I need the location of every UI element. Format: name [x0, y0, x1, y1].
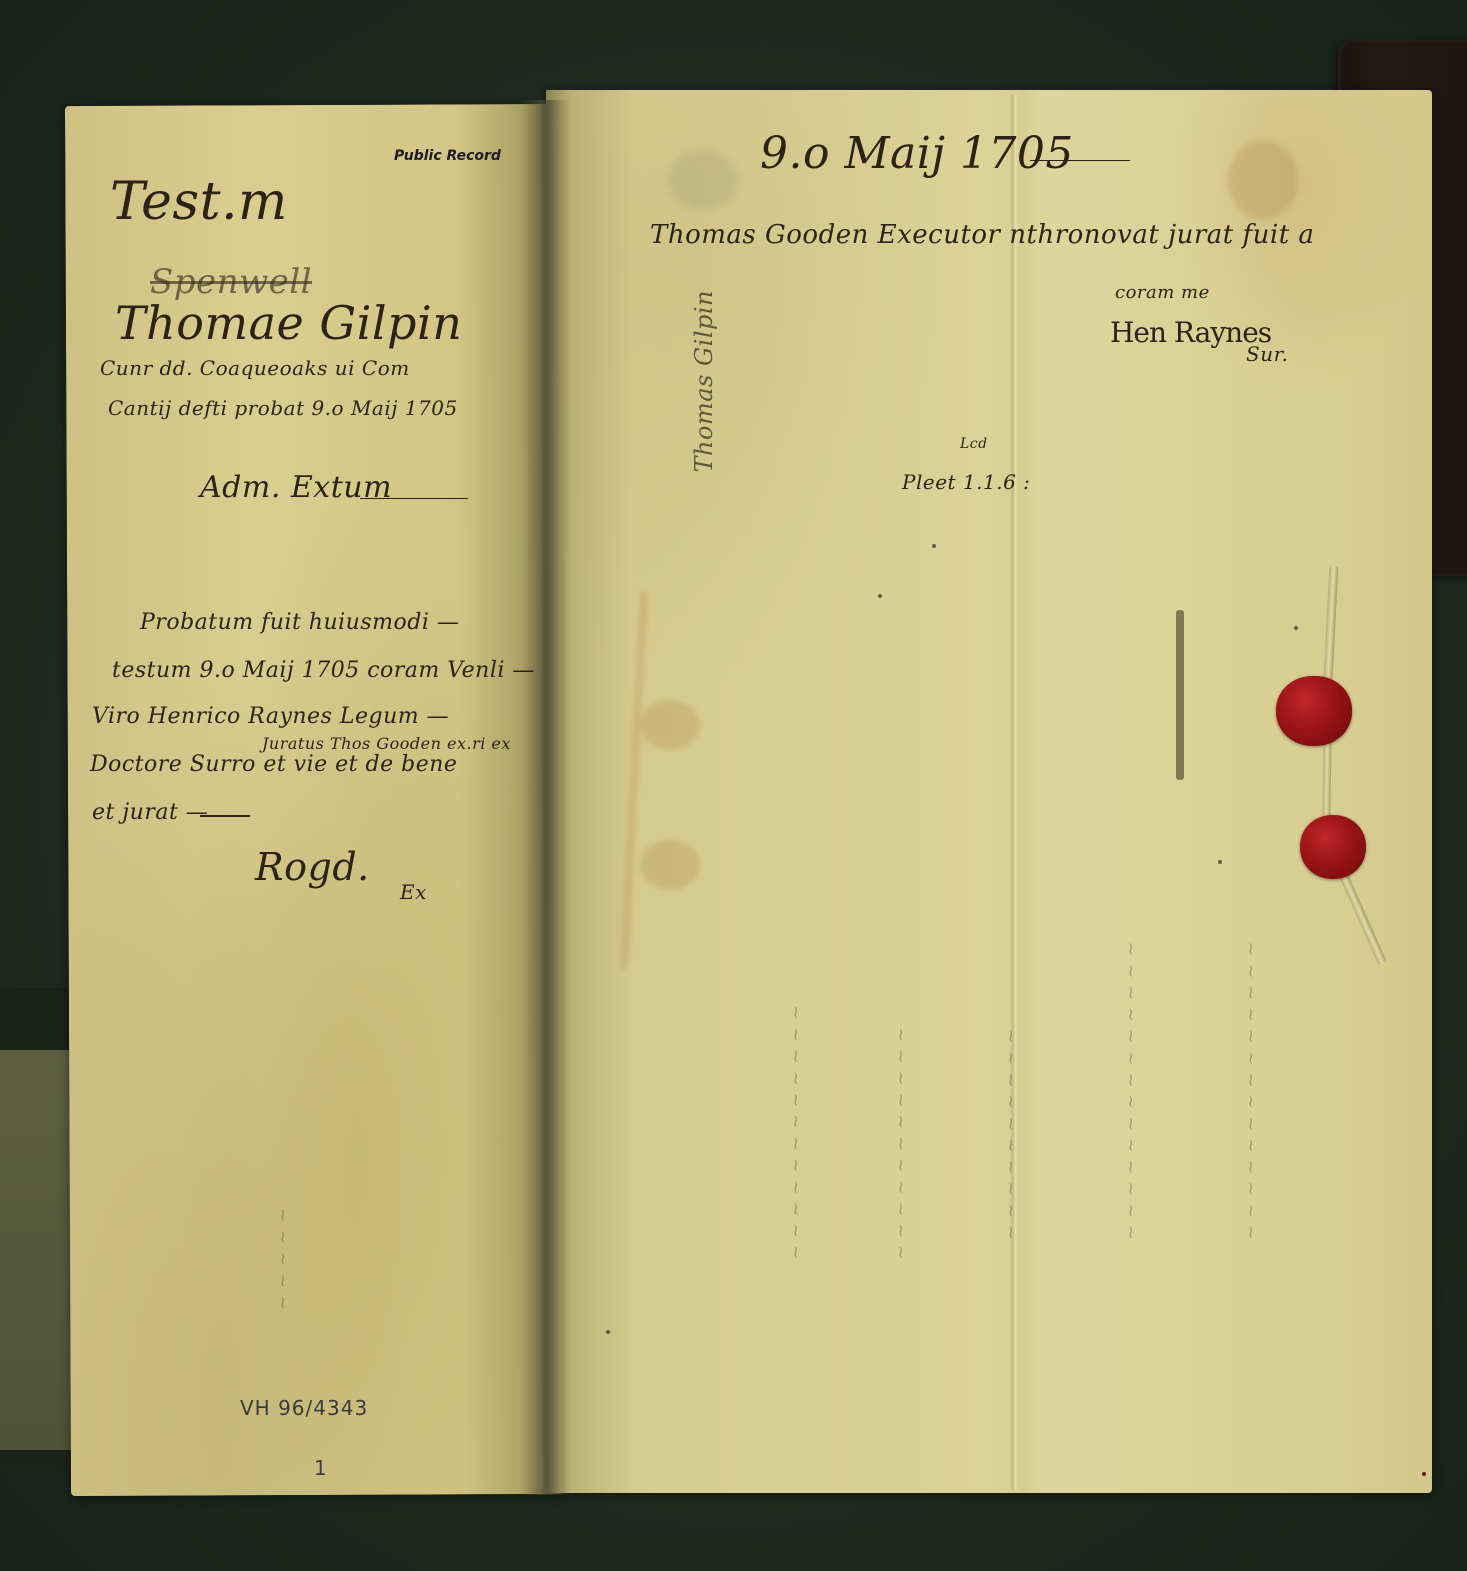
ink-speck	[932, 544, 936, 548]
ink-speck	[1294, 626, 1298, 630]
flourish-line	[200, 815, 250, 817]
bleed-through-text: ~ ~ ~ ~ ~ ~ ~ ~ ~ ~ ~ ~ ~ ~	[1120, 380, 1141, 1240]
heading-abbrev: Test.m	[110, 172, 288, 232]
bleed-through-text: ~ ~ ~ ~ ~ ~ ~ ~ ~ ~ ~	[890, 620, 911, 1260]
stain	[640, 840, 700, 890]
probate-line-2: testum 9.o Maij 1705 coram Venli —	[112, 658, 535, 683]
ink-speck	[1422, 1472, 1426, 1476]
bleed-through-text: ~ ~ ~ ~ ~ ~ ~ ~ ~ ~	[1000, 640, 1021, 1240]
executor-line: Thomas Gooden Executor nthronovat jurat …	[650, 220, 1314, 250]
probate-line-4: Juratus Thos Gooden ex.ri ex	[262, 734, 511, 753]
wax-seal-upper	[1276, 676, 1352, 746]
bleed-through-text: ~ ~ ~ ~ ~	[272, 1070, 293, 1310]
signature-suffix: Sur.	[1246, 342, 1288, 366]
ink-speck	[606, 1330, 610, 1334]
coram-line: coram me	[1115, 282, 1210, 303]
bleed-through-text: ~ ~ ~ ~ ~ ~ ~ ~ ~ ~ ~ ~ ~ ~	[1240, 400, 1261, 1240]
probate-line-3: Viro Henrico Raynes Legum —	[92, 704, 449, 729]
folio-number: 1	[314, 1456, 328, 1480]
fee-note-superscript: Lcd	[960, 436, 988, 452]
flourish-line	[1030, 160, 1130, 161]
stain	[668, 150, 738, 210]
left-line-3: Adm. Extum	[200, 470, 392, 505]
public-record-stamp: Public Record	[394, 148, 501, 164]
probate-line-5: Doctore Surro et vie et de bene	[90, 752, 457, 777]
vertical-note: Thomas Gilpin	[690, 290, 718, 472]
probate-line-6: et jurat —	[92, 800, 208, 825]
ink-stroke	[1176, 610, 1184, 780]
ink-speck	[878, 594, 882, 598]
fee-note: Pleet 1.1.6 :	[902, 470, 1030, 494]
right-page	[546, 90, 1432, 1493]
stain	[640, 700, 700, 750]
probate-line-1: Probatum fuit huiusmodi —	[140, 610, 459, 635]
left-line-2: Cantij defti probat 9.o Maij 1705	[108, 396, 458, 420]
registrar-mark: Rogd.	[255, 845, 370, 889]
ex-mark: Ex	[400, 880, 427, 904]
testator-name: Thomae Gilpin	[115, 296, 462, 350]
ink-speck	[1218, 860, 1222, 864]
stain	[1228, 140, 1298, 220]
left-line-1: Cunr dd. Coaqueoaks ui Com	[100, 356, 410, 380]
wax-seal-lower	[1300, 815, 1366, 879]
bleed-through-text: ~ ~ ~ ~ ~ ~ ~ ~ ~ ~ ~ ~	[785, 560, 806, 1260]
flourish-line	[360, 498, 468, 499]
archive-reference: VH 96/4343	[240, 1396, 368, 1420]
date-heading: 9.o Maij 1705	[760, 128, 1074, 179]
page-spine	[520, 100, 570, 1495]
